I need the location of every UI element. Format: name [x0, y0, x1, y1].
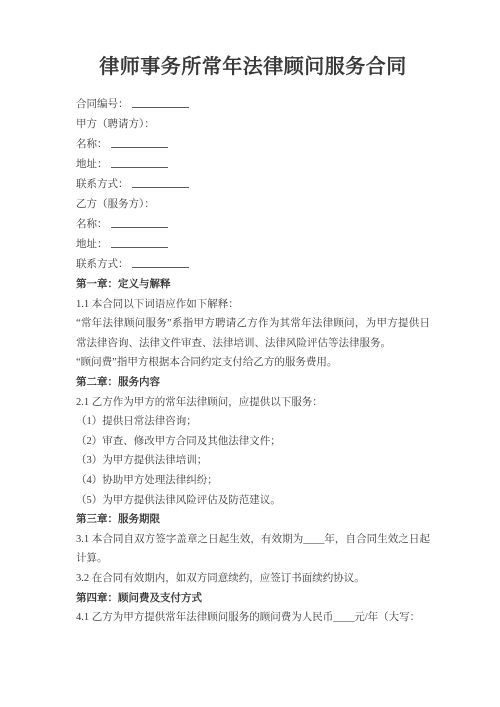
- party-field: 联系方式：: [76, 175, 430, 195]
- blank-line: [111, 137, 168, 148]
- chapter-heading: 第四章：顾问费及支付方式: [76, 589, 430, 609]
- field-label: 名称：: [76, 219, 108, 230]
- field-label: 地址：: [76, 239, 108, 250]
- party-field: 地址：: [76, 235, 430, 255]
- party-field: 联系方式：: [76, 255, 430, 275]
- contract-paragraph: （5）为甲方提供法律风险评估及防范建议。: [76, 491, 430, 511]
- party-field: 名称：: [76, 135, 430, 155]
- blank-line: [111, 237, 168, 248]
- blank-line: [111, 217, 168, 228]
- party-info-block: 合同编号：甲方（聘请方）：名称：地址：联系方式：乙方（服务方）：名称：地址：联系…: [76, 95, 430, 275]
- contract-paragraph: （2）审查、修改甲方合同及其他法律文件；: [76, 432, 430, 452]
- contract-paragraph: 3.2 在合同有效期内，如双方同意续约，应签订书面续约协议。: [76, 569, 430, 589]
- party-field: 合同编号：: [76, 95, 430, 115]
- contract-paragraph: “顾问费”指甲方根据本合同约定支付给乙方的服务费用。: [76, 353, 430, 373]
- document-title: 律师事务所常年法律顾问服务合同: [76, 54, 430, 81]
- blank-line: [132, 257, 189, 268]
- blank-line: [132, 97, 189, 108]
- field-label: 名称：: [76, 139, 108, 150]
- contract-paragraph: （4）协助甲方处理法律纠纷；: [76, 471, 430, 491]
- chapter-heading: 第一章：定义与解释: [76, 275, 430, 295]
- party-field: 名称：: [76, 215, 430, 235]
- field-label: 联系方式：: [76, 179, 129, 190]
- document-body: 第一章：定义与解释1.1 本合同以下词语应作如下解释：“常年法律顾问服务”系指甲…: [76, 275, 430, 628]
- contract-paragraph: “常年法律顾问服务”系指甲方聘请乙方作为其常年法律顾问，为甲方提供日常法律咨询、…: [76, 314, 430, 353]
- party-field: 甲方（聘请方）：: [76, 115, 430, 135]
- contract-paragraph: （1）提供日常法律咨询；: [76, 412, 430, 432]
- blank-line: [132, 177, 189, 188]
- field-label: 乙方（服务方）：: [76, 199, 155, 210]
- chapter-heading: 第二章：服务内容: [76, 373, 430, 393]
- contract-paragraph: 4.1 乙方为甲方提供常年法律顾问服务的顾问费为人民币____元/年（大写：: [76, 608, 430, 628]
- chapter-heading: 第三章：服务期限: [76, 510, 430, 530]
- party-field: 乙方（服务方）：: [76, 195, 430, 215]
- field-label: 合同编号：: [76, 99, 129, 110]
- contract-paragraph: 3.1 本合同自双方签字盖章之日起生效，有效期为____年，自合同生效之日起计算…: [76, 530, 430, 569]
- contract-document: 律师事务所常年法律顾问服务合同 合同编号：甲方（聘请方）：名称：地址：联系方式：…: [0, 0, 500, 707]
- field-label: 甲方（聘请方）：: [76, 119, 155, 130]
- party-field: 地址：: [76, 155, 430, 175]
- field-label: 地址：: [76, 159, 108, 170]
- contract-paragraph: 1.1 本合同以下词语应作如下解释：: [76, 295, 430, 315]
- contract-paragraph: （3）为甲方提供法律培训；: [76, 451, 430, 471]
- field-label: 联系方式：: [76, 259, 129, 270]
- blank-line: [111, 157, 168, 168]
- contract-paragraph: 2.1 乙方作为甲方的常年法律顾问，应提供以下服务：: [76, 393, 430, 413]
